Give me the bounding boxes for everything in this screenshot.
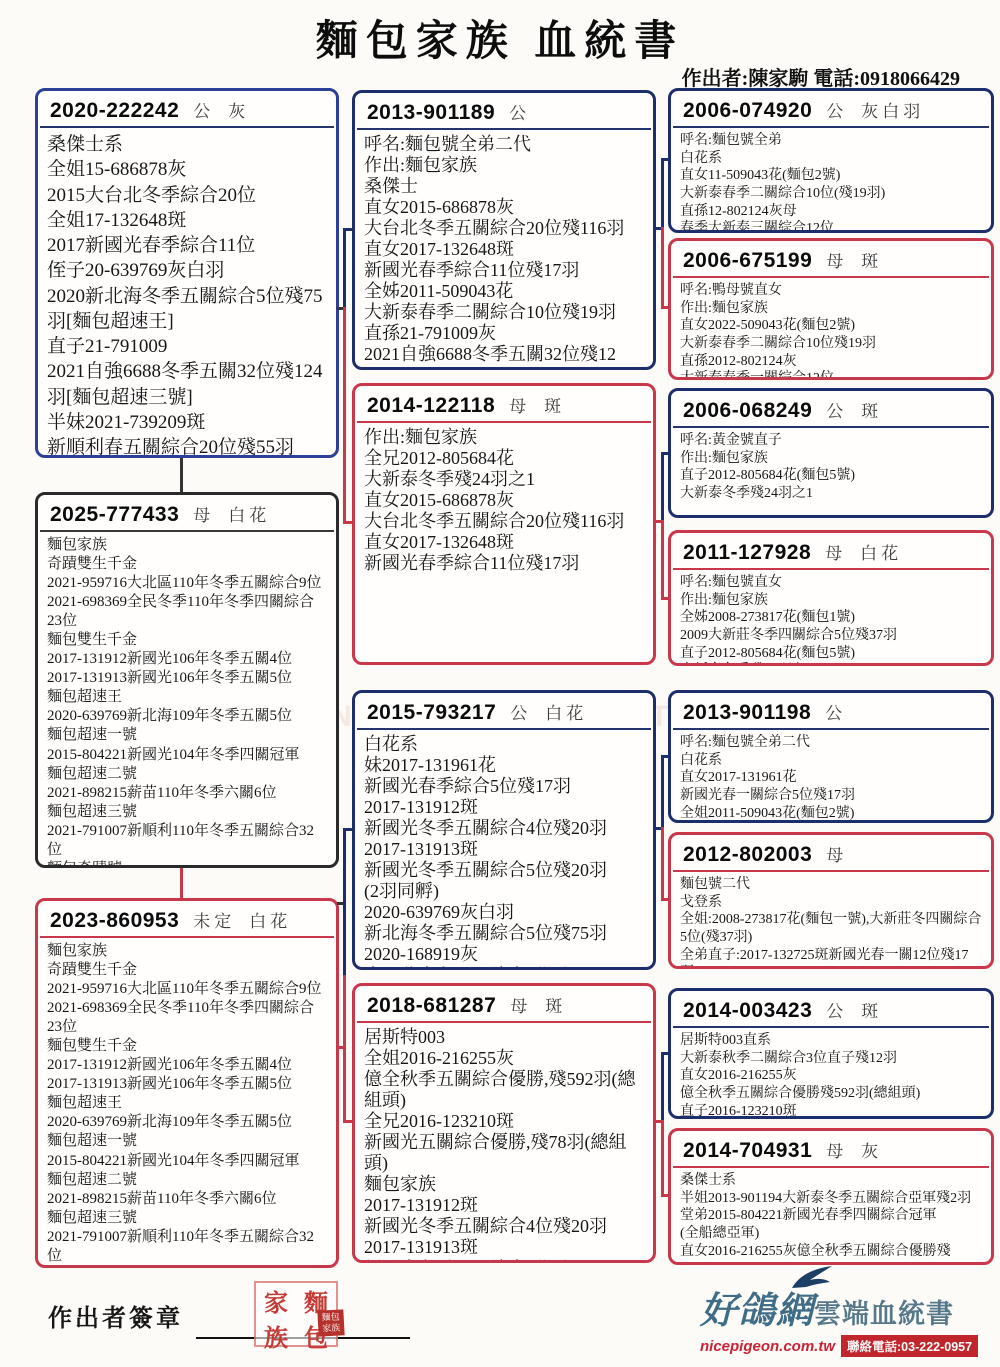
- text-line: 大台北冬季五關綜合20位殘116羽: [364, 218, 644, 239]
- text-line: 新國光五關綜合優勝,殘78羽(總組頭): [364, 1132, 644, 1174]
- pedigree-box-2025-777433: 2025-777433 母 白花 麵包家族奇蹟雙生千金2021-959716大北…: [35, 492, 339, 868]
- text-line: 全姐:2008-273817花(麵包一號),大新莊冬四關綜合5位(殘37羽): [680, 911, 982, 946]
- text-line: 2017-131913新國光106年冬季五關5位: [47, 669, 327, 688]
- text-line: 麵包號二代: [680, 876, 982, 894]
- pedigree-box-2006-068249: 2006-068249 公 斑 呼名:黃金號直子作出:麵包家族直子2012-80…: [668, 388, 994, 518]
- text-line: 新國光春一關綜合5位殘17羽: [680, 787, 982, 805]
- feather-color-label: 斑: [861, 247, 882, 272]
- text-line: 桑傑士系: [680, 1172, 982, 1190]
- text-line: (2羽同孵): [364, 881, 644, 902]
- text-line: 麵包超速二號: [47, 765, 327, 784]
- text-line: 新國光冬季五關綜合5位殘20羽: [364, 860, 644, 881]
- feather-color-label: 白花: [545, 699, 587, 724]
- nicepigeon-logo: 好鴿網 雲端血統書 nicepigeon.com.tw 聯絡電話:03-222-…: [700, 1280, 990, 1357]
- connector-line: [345, 828, 352, 831]
- text-line: 麵包奇蹟號: [47, 860, 327, 868]
- connector-line: [663, 755, 668, 758]
- connector-line: [663, 1194, 668, 1197]
- box-header: 2014-003423 公 斑: [673, 991, 989, 1028]
- ring-number: 2006-074920: [683, 99, 812, 123]
- text-line: 作出:麵包家族: [680, 592, 982, 610]
- text-line: 2015-804221新國光104年冬季四關冠軍: [47, 1152, 327, 1171]
- text-line: 麵包家族: [47, 942, 327, 961]
- text-line: 桑傑士系: [47, 132, 327, 157]
- text-line: 直子2016-123210斑: [680, 1103, 982, 1120]
- sex-label: 公: [193, 97, 214, 122]
- logo-phone-badge: 聯絡電話:03-222-0957: [841, 1335, 978, 1357]
- text-line: 直女2017-131961花: [680, 769, 982, 787]
- text-line: 大新泰冬季殘24羽之1: [364, 469, 644, 490]
- ring-number: 2014-003423: [683, 999, 812, 1023]
- box-header: 2018-681287 母 斑: [357, 986, 651, 1023]
- text-line: 直女2017-132648斑: [364, 239, 644, 260]
- text-line: 2021-959716大北區110年冬季五關綜合9位: [47, 574, 327, 593]
- ring-number: 2014-704931: [683, 1139, 812, 1163]
- ring-number: 2013-901189: [367, 101, 495, 125]
- text-line: 大台北冬季五關綜合20位殘116羽: [364, 511, 644, 532]
- text-line: 新國光冬季五關綜合4位殘20羽: [364, 818, 644, 839]
- text-line: 2021-791007新順利110年冬季五關綜合32位: [47, 1228, 327, 1266]
- text-line: 2020新北海冬季五關綜合5位殘75羽[麵包超速王]: [47, 284, 327, 335]
- pedigree-certificate-page: 麵包家族 血統書 作出者:陳家駒 電話:0918066429 NICEPIGEO…: [0, 0, 1000, 1367]
- text-line: 大新泰春季二關綜合10位殘19羽: [680, 335, 982, 353]
- text-line: 大新泰冬季殘24羽之1: [680, 485, 982, 503]
- text-line: 2020-639769新北海109年冬季五關5位: [47, 707, 327, 726]
- text-line: 2021-898215薪苗110年冬季六關6位: [47, 1190, 327, 1209]
- text-line: 作出:麵包家族: [364, 427, 644, 448]
- text-line: 2021-791007新順利110年冬季五關綜合32位: [47, 822, 327, 860]
- box-body: 呼名:麵包號全弟二代白花系直女2017-131961花新國光春一關綜合5位殘17…: [671, 730, 991, 823]
- connector-line: [661, 827, 664, 901]
- pedigree-box-2006-074920: 2006-074920 公 灰白羽 呼名:麵包號全弟白花系直女11-509043…: [668, 88, 994, 233]
- text-line: 直子2012-805684花(麵包5號): [680, 645, 982, 663]
- text-line: 麵包雙生千金: [47, 631, 327, 650]
- logo-suffix-text: 雲端血統書: [814, 1292, 954, 1331]
- text-line: 2020-639769灰白羽: [364, 902, 644, 923]
- text-line: 奇蹟雙生千金: [47, 961, 327, 980]
- text-line: 麵包奇蹟號: [47, 1266, 327, 1268]
- text-line: 半妹2021-739209斑: [47, 410, 327, 435]
- connector-line: [661, 1052, 664, 1123]
- sex-label: 母: [193, 501, 214, 526]
- stamp-char: 族: [256, 1318, 296, 1353]
- connector-line: [180, 458, 183, 492]
- sex-label: 公: [509, 99, 530, 124]
- box-header: 2015-793217 公 白花: [357, 693, 651, 730]
- text-line: 全姊2008-273817花(麵包1號): [680, 609, 982, 627]
- connector-line: [345, 228, 352, 231]
- text-line: 白花系: [680, 150, 982, 168]
- text-line: 直女2016-216255灰: [680, 1067, 982, 1085]
- sex-label: 母: [826, 1137, 847, 1162]
- feather-color-label: 灰白羽: [861, 97, 924, 122]
- connector-line: [663, 306, 668, 309]
- connector-line: [345, 521, 352, 524]
- logo-url-text: nicepigeon.com.tw: [700, 1338, 835, 1355]
- text-line: 2017-131912斑: [364, 1195, 644, 1216]
- pedigree-box-2013-901198: 2013-901198 公 呼名:麵包號全弟二代白花系直女2017-131961…: [668, 690, 994, 823]
- text-line: 直子21-791009: [47, 334, 327, 359]
- box-header: 2006-074920 公 灰白羽: [673, 91, 989, 128]
- text-line: 2021自強6688冬季五關32位殘12: [364, 344, 644, 365]
- text-line: 億全秋季五關綜合優勝殘592羽(總組頭): [680, 1085, 982, 1103]
- text-line: 麵包超速三號: [47, 803, 327, 822]
- text-line: 全姐2016-216255灰: [364, 1048, 644, 1069]
- ring-number: 2013-901198: [683, 701, 811, 725]
- text-line: 直女2017-132648斑: [364, 532, 644, 553]
- box-body: 作出:麵包家族全兄2012-805684花大新泰冬季殘24羽之1直女2015-6…: [355, 423, 653, 578]
- text-line: 全姐2011-509043花(麵包2號): [680, 805, 982, 823]
- pedigree-box-2012-802003: 2012-802003 母 麵包號二代戈登系全姐:2008-273817花(麵包…: [668, 832, 994, 969]
- ring-number: 2011-127928: [683, 541, 811, 565]
- connector-line: [661, 227, 664, 309]
- text-line: 2009大新莊冬季四關綜合5位殘37羽: [680, 627, 982, 645]
- text-line: 2017新國光春季綜合11位: [47, 233, 327, 258]
- box-header: 2014-122118 母 斑: [357, 386, 651, 423]
- box-header: 2020-222242 公 灰: [40, 91, 334, 128]
- feather-color-label: 斑: [861, 397, 882, 422]
- text-line: 全弟直子:2017-132725斑新國光春一關12位殘17羽: [680, 947, 982, 970]
- text-line: 2015大台北冬季綜合20位: [47, 183, 327, 208]
- connector-line: [661, 1120, 664, 1197]
- text-line: 2015-804221新國光104年冬季四關冠軍: [47, 746, 327, 765]
- pigeon-bird-icon: [788, 1264, 834, 1290]
- pedigree-box-2018-681287: 2018-681287 母 斑 居斯特003全姐2016-216255灰億全秋季…: [352, 983, 656, 1263]
- feather-color-label: 斑: [861, 997, 882, 1022]
- text-line: 2011年春大新泰二關綜合10位: [680, 822, 982, 823]
- text-line: 白花系: [680, 752, 982, 770]
- text-line: 2017-131912斑: [364, 797, 644, 818]
- feather-color-label: 白花: [860, 539, 902, 564]
- text-line: 2017-131912新國光106年冬季五關4位: [47, 1056, 327, 1075]
- text-line: 麵包家族: [364, 1174, 644, 1195]
- text-line: 麵包超速一號: [47, 1132, 327, 1151]
- sex-label: 母: [510, 992, 531, 1017]
- feather-color-label: 白花: [228, 501, 270, 526]
- text-line: 呼名:黃金號直子: [680, 432, 982, 450]
- ring-number: 2025-777433: [50, 503, 179, 527]
- connector-line: [345, 1120, 352, 1123]
- signature-label: 作出者簽章: [48, 1298, 183, 1333]
- pedigree-box-2014-704931: 2014-704931 母 灰 桑傑士系半姐2013-901194大新泰冬季五關…: [668, 1128, 994, 1265]
- connector-line: [661, 755, 664, 830]
- box-body: 白花系妹2017-131961花新國光春季綜合5位殘17羽2017-131912…: [355, 730, 653, 970]
- ring-number: 2006-675199: [683, 249, 812, 273]
- text-line: 作出:麵包家族: [680, 300, 982, 318]
- box-header: 2013-901189 公: [357, 93, 651, 130]
- text-line: 呼名:麵包號全弟二代: [364, 134, 644, 155]
- text-line: 侄子20-639769灰白羽: [47, 258, 327, 283]
- box-body: 麵包家族奇蹟雙生千金2021-959716大北區110年冬季五關綜合9位2021…: [38, 938, 336, 1268]
- text-line: 呼名:麵包號全弟二代: [680, 734, 982, 752]
- box-body: 居斯特003全姐2016-216255灰億全秋季五關綜合優勝,殘592羽(總組頭…: [355, 1023, 653, 1263]
- pedigree-box-2006-675199: 2006-675199 母 斑 呼名:鴨母號直女作出:麵包家族直女2022-50…: [668, 238, 994, 380]
- ring-number: 2023-860953: [50, 909, 179, 933]
- author-phone-line: 作出者:陳家駒 電話:0918066429: [682, 62, 960, 91]
- text-line: 堂弟2015-804221新國光春季四關綜合冠軍: [680, 1207, 982, 1225]
- sex-label: 公: [826, 397, 847, 422]
- text-line: 麵包超速三號: [47, 1209, 327, 1228]
- text-line: 大新泰春季一關綜合12位: [680, 370, 982, 380]
- text-line: 全兄2012-805684花: [364, 448, 644, 469]
- text-line: 新國光冬季五關綜合4位殘20羽: [364, 1216, 644, 1237]
- text-line: 作出:麵包家族: [680, 450, 982, 468]
- text-line: 全姐17-132648斑: [47, 208, 327, 233]
- feather-color-label: 斑: [545, 992, 566, 1017]
- pedigree-box-2013-901189: 2013-901189 公 呼名:麵包號全弟二代作出:麵包家族桑傑士直女2015…: [352, 90, 656, 370]
- text-line: 中山分會冬五關綜合5位殘23羽: [364, 966, 644, 970]
- pedigree-box-2014-122118: 2014-122118 母 斑 作出:麵包家族全兄2012-805684花大新泰…: [352, 383, 656, 665]
- box-header: 2025-777433 母 白花: [40, 495, 334, 532]
- sex-label: 公: [510, 699, 531, 724]
- text-line: 直女2015-686878灰: [364, 490, 644, 511]
- text-line: 新北海冬季五關綜合5位殘75羽: [364, 923, 644, 944]
- sex-label: 母: [826, 841, 847, 866]
- text-line: 直孫2012-802124灰: [680, 353, 982, 371]
- text-line: 呼名:麵包號直女: [680, 574, 982, 592]
- text-line: 奇蹟雙生千金: [47, 555, 327, 574]
- ring-number: 2006-068249: [683, 399, 812, 423]
- box-body: 麵包家族奇蹟雙生千金2021-959716大北區110年冬季五關綜合9位2021…: [38, 532, 336, 868]
- text-line: 麵包超速王: [47, 688, 327, 707]
- text-line: 直女11-509043花(麵包2號): [680, 167, 982, 185]
- box-body: 呼名:麵包號全弟白花系直女11-509043花(麵包2號)大新泰春季二關綜合10…: [671, 128, 991, 233]
- text-line: 麵包家族: [47, 536, 327, 555]
- text-line: 新國光春季綜合11位殘17羽: [364, 553, 644, 574]
- box-header: 2013-901198 公: [673, 693, 989, 730]
- connector-line: [343, 307, 346, 524]
- stamp-char: 家: [256, 1283, 296, 1318]
- box-body: 呼名:鴨母號直女作出:麵包家族直女2022-509043花(麵包2號)大新泰春季…: [671, 278, 991, 380]
- text-line: 呼名:麵包號全弟: [680, 132, 982, 150]
- text-line: 2017-131913斑: [364, 839, 644, 860]
- text-line: 麵包超速一號: [47, 726, 327, 745]
- box-body: 居斯特003直系大新泰秋季二關綜合3位直子殘12羽直女2016-216255灰億…: [671, 1028, 991, 1119]
- connector-line: [663, 898, 668, 901]
- connector-line: [343, 975, 346, 1123]
- feather-color-label: 灰: [228, 97, 249, 122]
- connector-line: [663, 158, 668, 161]
- text-line: 妹2017-131961花: [364, 755, 644, 776]
- connector-line: [663, 597, 668, 600]
- connector-line: [343, 228, 346, 310]
- feather-color-label: 灰: [861, 1137, 882, 1162]
- box-header: 2023-860953 未定 白花: [40, 901, 334, 938]
- text-line: 半姐2013-901194大新泰冬季五關綜合亞軍殘2羽: [680, 1190, 982, 1208]
- box-body: 呼名:麵包號直女作出:麵包家族全姊2008-273817花(麵包1號)2009大…: [671, 570, 991, 666]
- box-body: 呼名:麵包號全弟二代作出:麵包家族桑傑士直女2015-686878灰大台北冬季五…: [355, 130, 653, 370]
- ring-number: 2020-222242: [50, 99, 179, 123]
- text-line: 全兄2016-123210斑: [364, 1111, 644, 1132]
- sex-label: 未定: [193, 907, 235, 932]
- text-line: 麵包超速二號: [47, 1171, 327, 1190]
- small-seal-stamp: 麵包家族: [317, 1309, 344, 1336]
- text-line: 直子2012-805684花(麵包5號): [680, 467, 982, 485]
- box-body: 桑傑士系半姐2013-901194大新泰冬季五關綜合亞軍殘2羽堂弟2015-80…: [671, 1168, 991, 1264]
- text-line: 直孫21-791009灰: [364, 323, 644, 344]
- box-body: 桑傑士系全姐15-686878灰2015大台北冬季綜合20位全姐17-13264…: [38, 128, 336, 458]
- connector-line: [663, 1052, 668, 1055]
- box-header: 2012-802003 母: [673, 835, 989, 872]
- ring-number: 2012-802003: [683, 843, 812, 867]
- text-line: 2017-131912新國光106年冬季五關4位: [47, 650, 327, 669]
- connector-line: [661, 520, 664, 600]
- text-line: 2020-168919灰: [364, 944, 644, 965]
- text-line: 白花系: [364, 734, 644, 755]
- text-line: 全姐15-686878灰: [47, 157, 327, 182]
- connector-line: [661, 158, 664, 230]
- text-line: 億全秋季五關綜合優勝,殘592羽(總組頭): [364, 1069, 644, 1111]
- sex-label: 母: [826, 247, 847, 272]
- feather-color-label: 白花: [249, 907, 291, 932]
- box-header: 2014-704931 母 灰: [673, 1131, 989, 1168]
- text-line: 2021-698369全民冬季110年冬季四關綜合23位: [47, 593, 327, 631]
- text-line: 麵包雙生千金: [47, 1037, 327, 1056]
- text-line: 直女2022-509043花(麵包2號): [680, 317, 982, 335]
- text-line: 大新泰春季二關綜合10位(殘19羽): [680, 185, 982, 203]
- text-line: 新國光春季綜合11位殘17羽: [364, 260, 644, 281]
- text-line: 直孫12-802124灰母: [680, 203, 982, 221]
- box-header: 2006-675199 母 斑: [673, 241, 989, 278]
- ring-number: 2015-793217: [367, 701, 496, 725]
- pedigree-box-2020-222242: 2020-222242 公 灰 桑傑士系全姐15-686878灰2015大台北冬…: [35, 88, 339, 458]
- pedigree-box-2015-793217: 2015-793217 公 白花 白花系妹2017-131961花新國光春季綜合…: [352, 690, 656, 970]
- text-line: 2017-131913新國光106年冬季五關5位: [47, 1075, 327, 1094]
- ring-number: 2018-681287: [367, 994, 496, 1018]
- connector-line: [661, 452, 664, 523]
- sex-label: 母: [509, 392, 530, 417]
- text-line: 新順利春五關綜合20位殘55羽: [47, 435, 327, 458]
- text-line: 2021-898215薪苗110年冬季六關6位: [47, 784, 327, 803]
- text-line: 2021-959716大北區110年冬季五關綜合9位: [47, 980, 327, 999]
- text-line: 桑傑士: [364, 176, 644, 197]
- box-body: 呼名:黃金號直子作出:麵包家族直子2012-805684花(麵包5號)大新泰冬季…: [671, 428, 991, 507]
- text-line: 戈登系: [680, 894, 982, 912]
- text-line: 2020-639769新北海109年冬季五關5位: [47, 1113, 327, 1132]
- connector-line: [180, 868, 183, 898]
- text-line: 直女2016-216255灰億全秋季五關綜合優勝殘: [680, 1243, 982, 1261]
- text-line: 作出:麵包家族: [364, 155, 644, 176]
- text-line: 呼名:鴨母號直女: [680, 282, 982, 300]
- text-line: 大新泰冬季殘24羽之1: [680, 662, 982, 666]
- box-body: 麵包號二代戈登系全姐:2008-273817花(麵包一號),大新莊冬四關綜合5位…: [671, 872, 991, 969]
- text-line: 大新泰春季二關綜合10位殘19羽: [364, 302, 644, 323]
- pedigree-box-2011-127928: 2011-127928 母 白花 呼名:麵包號直女作出:麵包家族全姊2008-2…: [668, 530, 994, 666]
- connector-line: [663, 452, 668, 455]
- connector-line: [343, 828, 346, 978]
- sex-label: 公: [826, 97, 847, 122]
- ring-number: 2014-122118: [367, 394, 495, 418]
- sex-label: 公: [826, 997, 847, 1022]
- sex-label: 公: [825, 699, 846, 724]
- text-line: 2017-131913斑: [364, 1237, 644, 1258]
- text-line: 直女2015-686878灰: [364, 197, 644, 218]
- text-line: 2021-698369全民冬季110年冬季四關綜合23位: [47, 999, 327, 1037]
- pedigree-box-2023-860953: 2023-860953 未定 白花 麵包家族奇蹟雙生千金2021-959716大…: [35, 898, 339, 1268]
- text-line: 春季大新泰三關綜合12位: [680, 220, 982, 233]
- box-header: 2006-068249 公 斑: [673, 391, 989, 428]
- text-line: 居斯特003直系: [680, 1032, 982, 1050]
- text-line: 2021自強6688冬季五關32位殘124羽[麵包超速三號]: [47, 359, 327, 410]
- box-header: 2011-127928 母 白花: [673, 533, 989, 570]
- text-line: 麵包超速王: [47, 1094, 327, 1113]
- text-line: 大新泰秋季二關綜合3位直子殘12羽: [680, 1050, 982, 1068]
- text-line: 居斯特003: [364, 1027, 644, 1048]
- pedigree-box-2014-003423: 2014-003423 公 斑 居斯特003直系大新泰秋季二關綜合3位直子殘12…: [668, 988, 994, 1119]
- feather-color-label: 斑: [544, 392, 565, 417]
- text-line: (全船總亞軍): [680, 1225, 982, 1243]
- sex-label: 母: [825, 539, 846, 564]
- page-title: 麵包家族 血統書: [0, 8, 1000, 68]
- text-line: 全姊2011-509043花: [364, 281, 644, 302]
- text-line: 新國光春季綜合5位殘17羽: [364, 776, 644, 797]
- text-line: 新國光冬季五關綜合5位殘20羽: [364, 1259, 644, 1263]
